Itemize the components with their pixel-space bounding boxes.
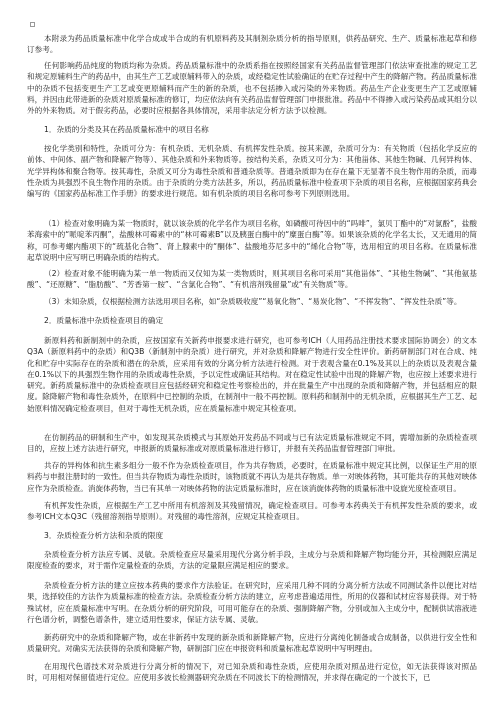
new-drug-impurity-paragraph: 新原料药和新制剂中的杂质，应按国家有关新药申报要求进行研究，也可参考ICH（人用… [27,335,477,414]
chromatography-paragraph: 在用现代色谱技术对杂质进行分离分析的情况下，对已知杂质和毒性杂质，应使用杂质对照… [27,661,477,684]
volatile-impurity-paragraph: 有机挥发性杂质，应根据生产工艺中所用有机溶剂及其残留情况，确定检查项目。可参考本… [27,500,477,523]
method-specificity-paragraph: 杂质检查分析方法应专属、灵敏。杂质检查应尽量采用现代分离分析手段，主成分与杂质和… [27,549,477,572]
section-heading-3: 3．杂质检查分析方法和杂质的限度 [27,530,477,541]
paragraph-marker-icon [30,22,35,27]
isomer-paragraph: 共存的异构体和抗生素多组分一般不作为杂质检查项目，作为共存物质，必要时，在质量标… [27,460,477,494]
classification-paragraph: 按化学类别和特性，杂质可分为：有机杂质、无机杂质、有机挥发性杂质。按其来源，杂质… [27,143,477,199]
method-validation-paragraph: 杂质检查分析方法的建立应按本药典的要求作方法验证。在研究时，应采用几种不同的分离… [27,580,477,625]
intro-paragraph: 本附录为药品质量标准中化学合成或半合成的有机原料药及其制剂杂质分析的指导原则，供… [27,33,477,56]
rule-1-paragraph: （1）检查对象明确为某一物质时，就以该杂质的化学名作为项目名称，如磷酸可待因中的… [27,218,477,263]
generic-drug-paragraph: 在仿制药品的研制和生产中，如发现其杂质模式与其原始开发药品不同或与已有法定质量标… [27,432,477,455]
section-heading-1: 1．杂质的分类及其在药品质量标准中的项目名称 [27,124,477,135]
rule-2-paragraph: （2）检查对象不能明确为某一单一物质而又仅知为某一类物质时，则其项目名称可采用“… [27,268,477,291]
rule-3-paragraph: （3）未知杂质，仅根据检测方法选用项目名称，如“杂质吸收度”“易氧化物”、“易炭… [27,296,477,307]
new-impurity-preparation-paragraph: 新药研究中的杂质和降解产物，或在非新药中发现的新杂质和新降解产物，应进行分离纯化… [27,632,477,655]
section-heading-2: 2．质量标准中杂质检查项目的确定 [27,315,477,326]
definition-paragraph: 任何影响药品纯度的物质均称为杂质。药品质量标准中的杂质系指在按照经国家有关药品监… [27,60,477,116]
